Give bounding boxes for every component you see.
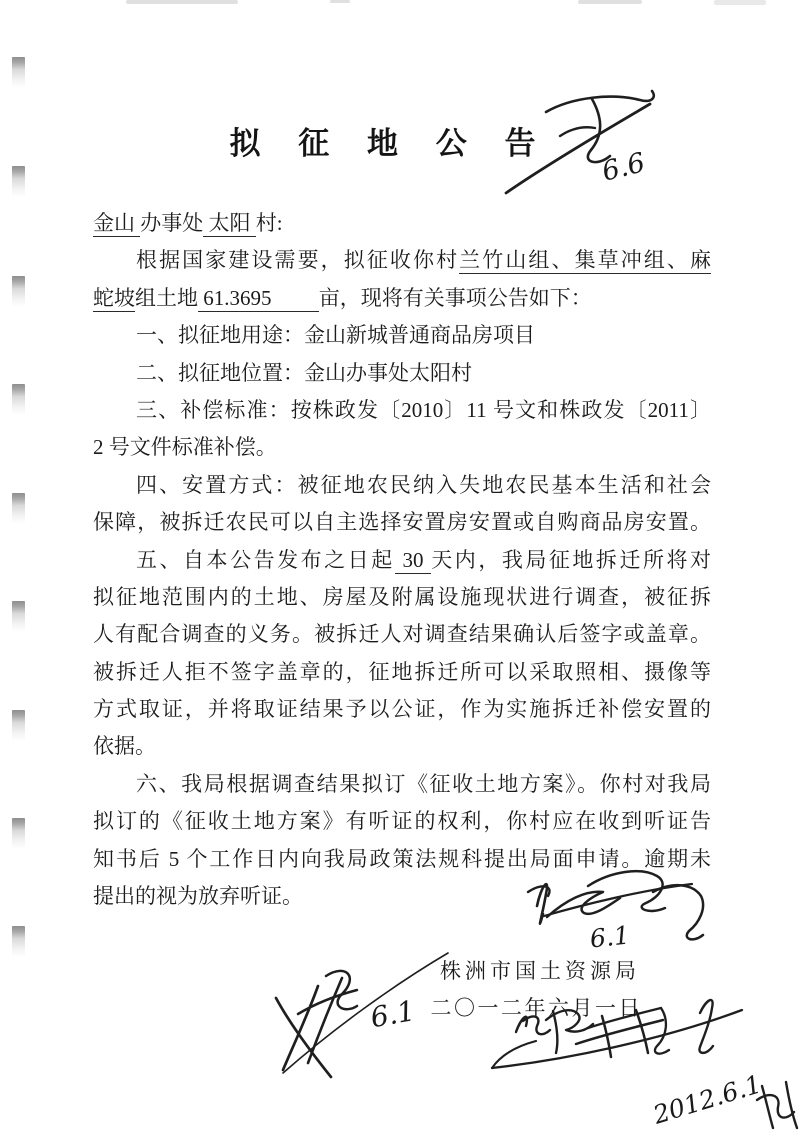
punch-mark <box>12 57 25 88</box>
text-segment: 办事处 <box>140 211 203 235</box>
issuing-authority: 株洲市国土资源局 <box>440 955 640 985</box>
text-line: 金山 办事处 太阳 村: <box>93 205 711 242</box>
punch-mark <box>12 166 25 197</box>
text-segment: 二、拟征地位置：金山办事处太阳村 <box>136 361 472 385</box>
punch-mark <box>12 384 25 415</box>
text-segment: 天内，我局征地拆迁所将对 <box>431 548 711 572</box>
text-segment: 依据。 <box>93 734 156 758</box>
text-line: 人有配合调查的义务。被拆迁人对调查结果确认后签字或盖章。 <box>93 616 711 653</box>
punch-mark <box>12 276 25 307</box>
text-segment: 知书后 5 个工作日内向我局政策法规科提出局面申请。逾期未 <box>93 847 711 871</box>
document-title: 拟 征 地 公 告 <box>0 118 780 163</box>
underlined-text: 太阳 <box>203 211 256 237</box>
text-segment: 村: <box>256 211 283 235</box>
text-line: 六、我局根据调查结果拟订《征收土地方案》。你村对我局 <box>93 766 711 803</box>
text-line: 提出的视为放弃听证。 <box>93 878 711 915</box>
text-segment: 组土地 <box>135 286 198 310</box>
text-segment: 六、我局根据调查结果拟订《征收土地方案》。你村对我局 <box>136 772 711 796</box>
left-date-handwritten: 6.1 <box>368 994 418 1034</box>
issue-date: 二〇一二年六月一日 <box>431 992 643 1022</box>
punch-mark <box>12 710 25 741</box>
text-line: 方式取证，并将取证结果予以公证，作为实施拆迁补偿安置的 <box>93 691 711 728</box>
punch-mark <box>12 926 25 957</box>
text-line: 知书后 5 个工作日内向我局政策法规科提出局面申请。逾期未 <box>93 841 711 878</box>
text-segment: 人有配合调查的义务。被拆迁人对调查结果确认后签字或盖章。 <box>93 622 711 646</box>
scanned-document-page: 拟 征 地 公 告 金山 办事处 太阳 村:根据国家建设需要，拟征收你村兰竹山组… <box>0 0 800 1131</box>
underlined-text: 61.3695 <box>198 286 319 312</box>
underlined-text: 金山 <box>93 211 140 237</box>
underlined-text: 兰竹山组、集草冲组、麻 <box>459 248 711 274</box>
corner-scribble <box>757 1082 797 1128</box>
hearing-date-handwritten: 6.1 <box>589 920 632 953</box>
punch-mark <box>12 601 25 632</box>
approval-signature-left: 6.1 <box>276 953 448 1077</box>
text-segment: 方式取证，并将取证结果予以公证，作为实施拆迁补偿安置的 <box>93 697 711 721</box>
text-line: 三、补偿标准：按株政发〔2010〕11 号文和株政发〔2011〕 <box>93 392 711 429</box>
text-line: 四、安置方式：被征地农民纳入失地农民基本生活和社会 <box>93 467 711 504</box>
text-segment: 一、拟征地用途：金山新城普通商品房项目 <box>136 323 535 347</box>
scan-smudge <box>126 0 238 4</box>
text-segment: 被拆迁人拒不签字盖章的，征地拆迁所可以采取照相、摄像等 <box>93 660 711 684</box>
text-line: 二、拟征地位置：金山办事处太阳村 <box>93 355 711 392</box>
text-segment: 提出的视为放弃听证。 <box>93 884 303 908</box>
punch-mark <box>12 493 25 524</box>
text-segment: 三、补偿标准：按株政发〔2010〕11 号文和株政发〔2011〕 <box>136 398 711 422</box>
text-segment: 拟订的《征收土地方案》有听证的权利，你村应在收到听证告 <box>93 809 711 833</box>
text-line: 拟征地范围内的土地、房屋及附属设施现状进行调查，被征拆 <box>93 579 711 616</box>
text-segment: 根据国家建设需要，拟征收你村 <box>136 248 459 272</box>
text-line: 拟订的《征收土地方案》有听证的权利，你村应在收到听证告 <box>93 803 711 840</box>
right-date-handwritten: 2012.6.1 <box>649 1069 765 1130</box>
text-segment: 2 号文件标准补偿。 <box>93 435 277 459</box>
text-segment: 四、安置方式：被征地农民纳入失地农民基本生活和社会 <box>136 473 711 497</box>
text-line: 2 号文件标准补偿。 <box>93 429 711 466</box>
document-body: 金山 办事处 太阳 村:根据国家建设需要，拟征收你村兰竹山组、集草冲组、麻蛇坡组… <box>93 205 711 915</box>
scan-smudge <box>578 0 642 4</box>
text-segment: 拟征地范围内的土地、房屋及附属设施现状进行调查，被征拆 <box>93 585 711 609</box>
underlined-text: 30 <box>395 548 432 574</box>
text-line: 五、自本公告发布之日起 30 天内，我局征地拆迁所将对 <box>93 542 711 579</box>
text-line: 一、拟征地用途：金山新城普通商品房项目 <box>93 317 711 354</box>
underlined-text: 蛇坡 <box>93 286 135 312</box>
text-segment: 保障，被拆迁农民可以自主选择安置房安置或自购商品房安置。 <box>93 510 711 534</box>
text-line: 被拆迁人拒不签字盖章的，征地拆迁所可以采取照相、摄像等 <box>93 654 711 691</box>
text-line: 保障，被拆迁农民可以自主选择安置房安置或自购商品房安置。 <box>93 504 711 541</box>
text-segment: 五、自本公告发布之日起 <box>136 548 395 572</box>
punch-mark <box>12 818 25 849</box>
text-line: 蛇坡组土地 61.3695 亩，现将有关事项公告如下： <box>93 280 711 317</box>
text-segment: 亩，现将有关事项公告如下： <box>319 286 592 310</box>
text-line: 依据。 <box>93 728 711 765</box>
text-line: 根据国家建设需要，拟征收你村兰竹山组、集草冲组、麻 <box>93 242 711 279</box>
scan-smudge <box>330 0 350 3</box>
scan-smudge <box>714 0 766 5</box>
